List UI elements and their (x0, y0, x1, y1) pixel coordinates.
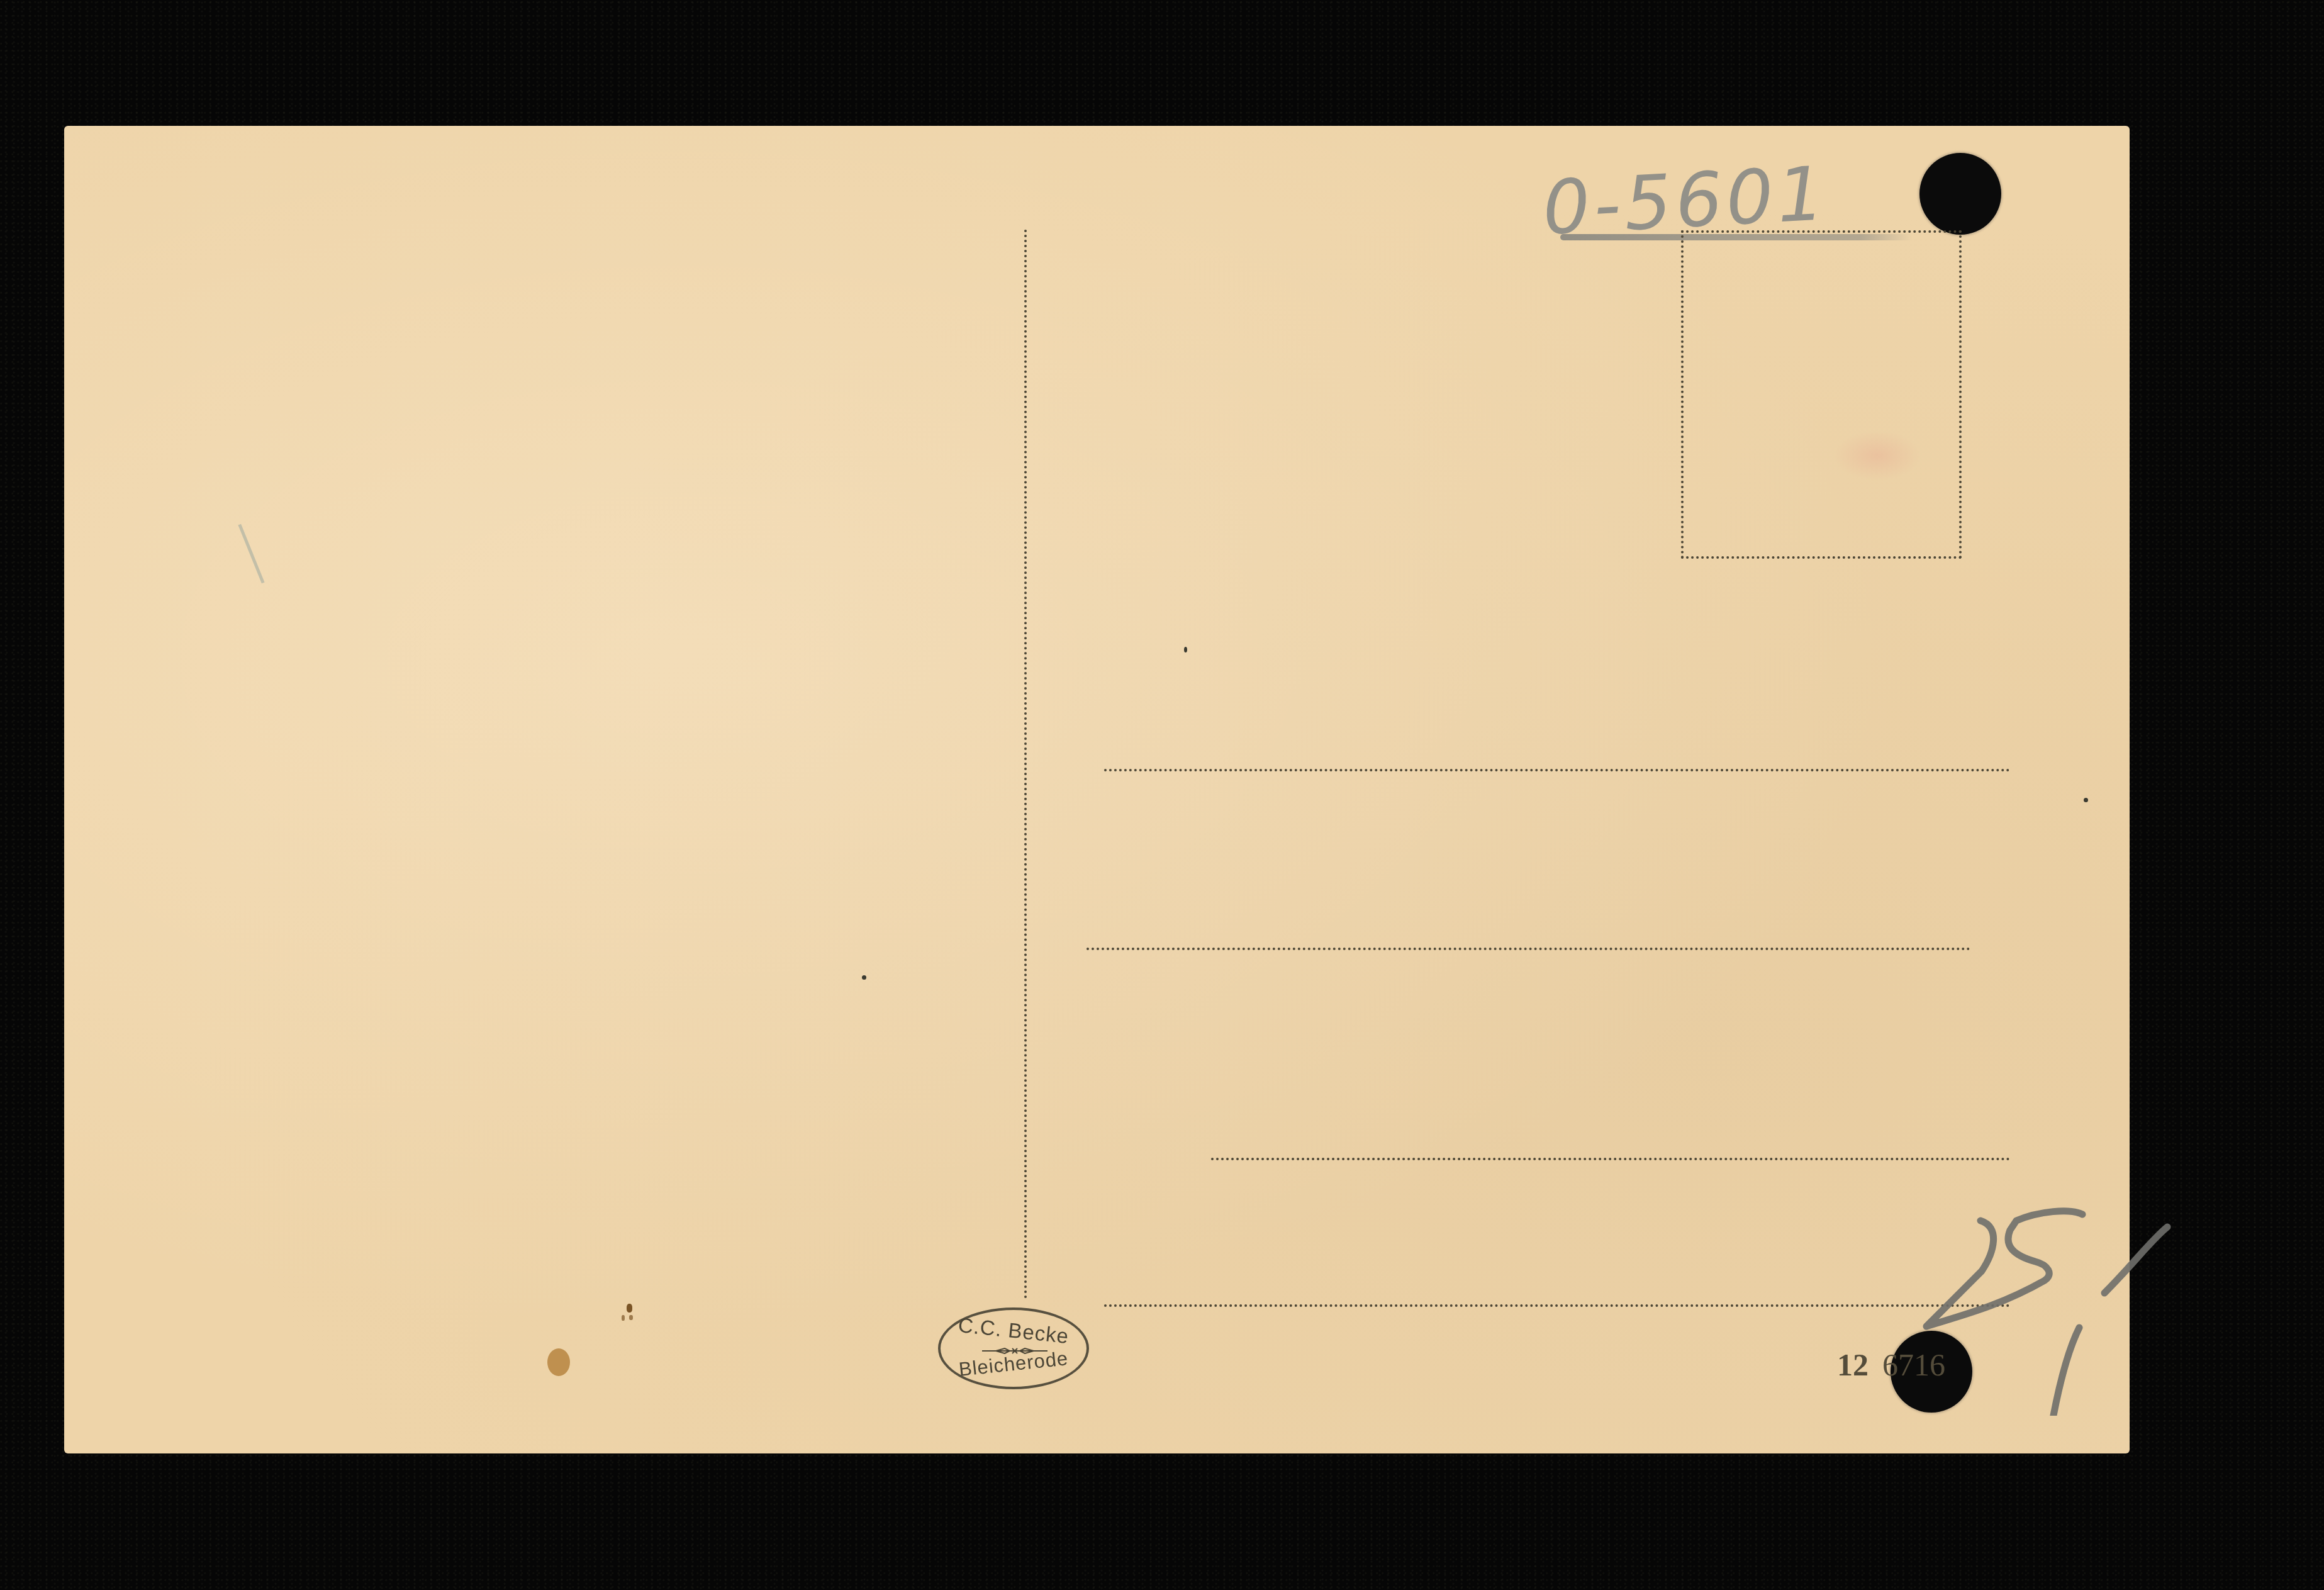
address-line-4 (1104, 1304, 2010, 1307)
stamp-box (1681, 230, 1962, 559)
ink-speck (2084, 798, 2088, 802)
publisher-name: C.C. Becke (940, 1311, 1088, 1350)
faint-red-ink (1833, 430, 1921, 481)
serial-prefix: 12 (1837, 1347, 1869, 1382)
message-address-divider (1024, 230, 1027, 1299)
ink-speck (862, 975, 866, 980)
ink-speck (1184, 647, 1187, 652)
address-line-2 (1087, 948, 1970, 950)
serial-number: 126716 (1837, 1346, 1945, 1383)
serial-digits: 6716 (1882, 1347, 1945, 1382)
punch-hole-top (1919, 153, 2001, 235)
faint-mark (238, 524, 264, 584)
address-line-1 (1104, 769, 2010, 771)
postcard-back: 0-5601 25 C.C. Becke Bleicherode 126716 (64, 126, 2130, 1453)
publisher-stamp: C.C. Becke Bleicherode (938, 1307, 1089, 1389)
brown-stain (547, 1348, 570, 1376)
brown-specks (618, 1304, 643, 1329)
